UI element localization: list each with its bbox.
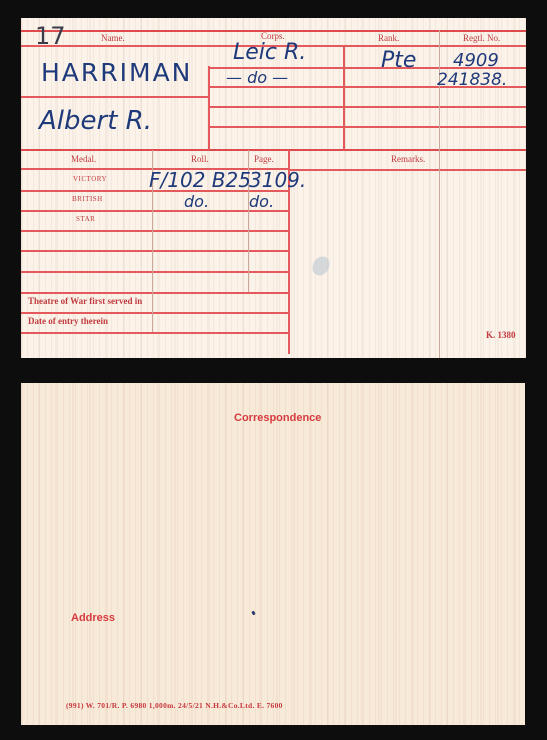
medal-victory: Victory <box>73 175 107 183</box>
medal-header: Medal. <box>71 154 96 164</box>
regtl-no-2: 241838. <box>437 70 507 90</box>
date-entry-label: Date of entry therein <box>28 316 108 326</box>
surname: HARRIMAN <box>41 58 192 87</box>
printer-imprint: (991) W. 701/R. P. 6980 1,000m. 24/5/21 … <box>66 701 283 710</box>
roll-british: do. <box>184 192 209 211</box>
medal-british: British <box>72 195 103 203</box>
regtl-no-header: Regtl. No. <box>463 33 500 43</box>
rule <box>439 150 440 358</box>
rule <box>343 45 345 150</box>
corner-number: 17 <box>35 22 66 50</box>
page-header: Page. <box>254 154 274 164</box>
roll-victory: F/102 B25 <box>149 168 251 192</box>
rank-header: Rank. <box>378 33 399 43</box>
form-number: K. 1380 <box>486 330 516 340</box>
roll-header: Roll. <box>191 154 209 164</box>
name-header: Name. <box>101 33 125 43</box>
theatre-label: Theatre of War first served in <box>28 296 142 306</box>
medal-star: Star <box>76 215 95 223</box>
rule <box>21 149 526 151</box>
smudge-mark <box>309 253 333 278</box>
page-british: do. <box>249 192 274 211</box>
rank-entry: Pte <box>381 48 416 73</box>
corps-ditto: — do — <box>226 68 288 87</box>
regtl-no-1: 4909 <box>453 50 499 71</box>
page-victory: 3109. <box>249 168 306 192</box>
remarks-header: Remarks. <box>391 154 425 164</box>
medal-card-front: Name. Corps. Rank. Regtl. No. 17 HARRIMA… <box>21 18 526 358</box>
rule <box>439 30 440 150</box>
medal-card-back: Correspondence Address (991) W. 701/R. P… <box>21 383 525 725</box>
rule <box>208 106 526 108</box>
rule <box>21 312 288 314</box>
rule <box>288 169 526 171</box>
corps-entry: Leic R. <box>233 40 306 65</box>
address-label: Address <box>71 612 115 624</box>
correspondence-label: Correspondence <box>234 412 321 424</box>
ink-mark <box>251 611 256 616</box>
rule <box>21 292 288 294</box>
rule <box>21 96 208 98</box>
rule <box>21 332 288 334</box>
rule <box>208 126 526 128</box>
rule <box>208 66 210 150</box>
forenames: Albert R. <box>39 106 152 136</box>
